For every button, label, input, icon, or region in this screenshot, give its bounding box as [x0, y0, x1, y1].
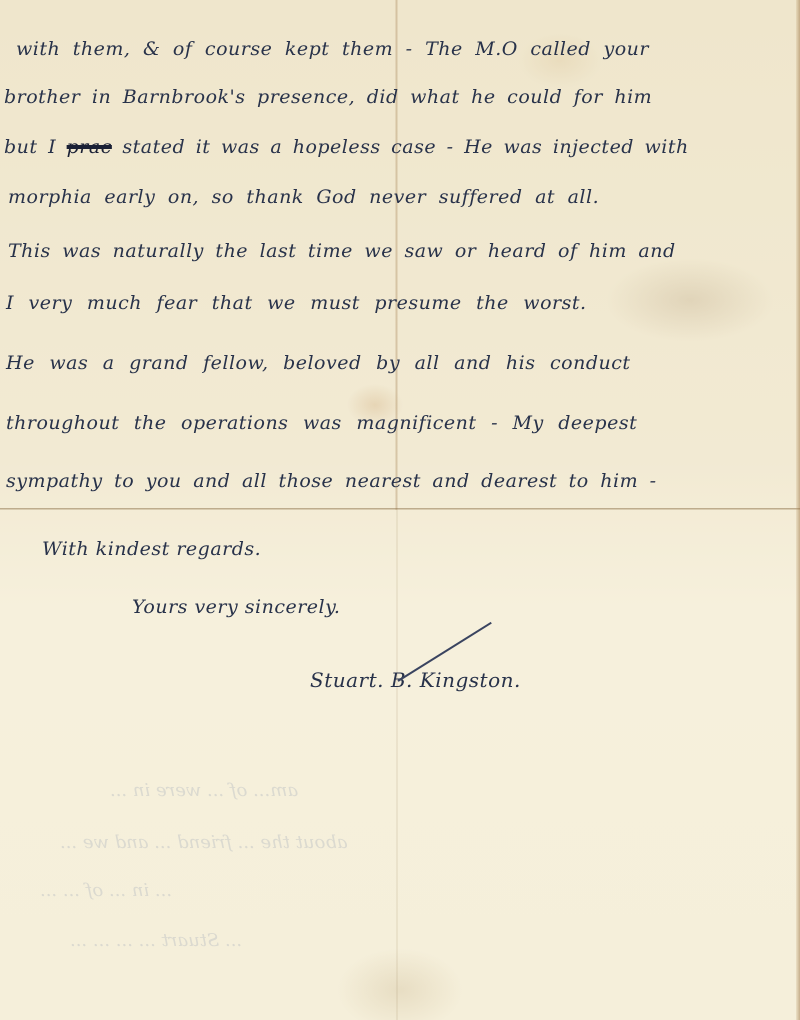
show-through-text-2: about the ... friend ... and we ...	[60, 832, 348, 853]
letter-line-4: morphia early on, so thank God never suf…	[8, 186, 599, 208]
vertical-fold-crease-lower	[396, 510, 398, 1020]
letter-line-3: but I prac stated it was a hopeless case…	[4, 136, 689, 158]
page-edge	[796, 0, 800, 1020]
show-through-text-4: ... Stuart ... ... ... ...	[70, 930, 242, 951]
letter-line-9: sympathy to you and all those nearest an…	[6, 470, 657, 492]
letter-line-7: He was a grand fellow, beloved by all an…	[6, 352, 631, 374]
horizontal-fold-crease	[0, 508, 800, 510]
letter-line-1: with them, & of course kept them - The M…	[16, 38, 649, 60]
letter-line-6: I very much fear that we must presume th…	[6, 292, 587, 314]
show-through-text-1: am... of ... were in ...	[110, 780, 298, 801]
letter-line-8: throughout the operations was magnificen…	[6, 412, 637, 434]
letter-page: with them, & of course kept them - The M…	[0, 0, 800, 1020]
letter-line-2: brother in Barnbrook's presence, did wha…	[4, 86, 652, 108]
line-3-suffix: stated it was a hopeless case - He was i…	[122, 136, 688, 158]
closing-regards: With kindest regards.	[42, 538, 261, 560]
struck-out-word: prac	[67, 136, 112, 158]
valediction: Yours very sincerely.	[132, 596, 340, 618]
signature: Stuart. B. Kingston.	[310, 668, 521, 692]
letter-line-5: This was naturally the last time we saw …	[8, 240, 676, 262]
line-3-prefix: but I	[4, 136, 56, 158]
show-through-text-3: ... in ... of ... ...	[40, 880, 172, 901]
